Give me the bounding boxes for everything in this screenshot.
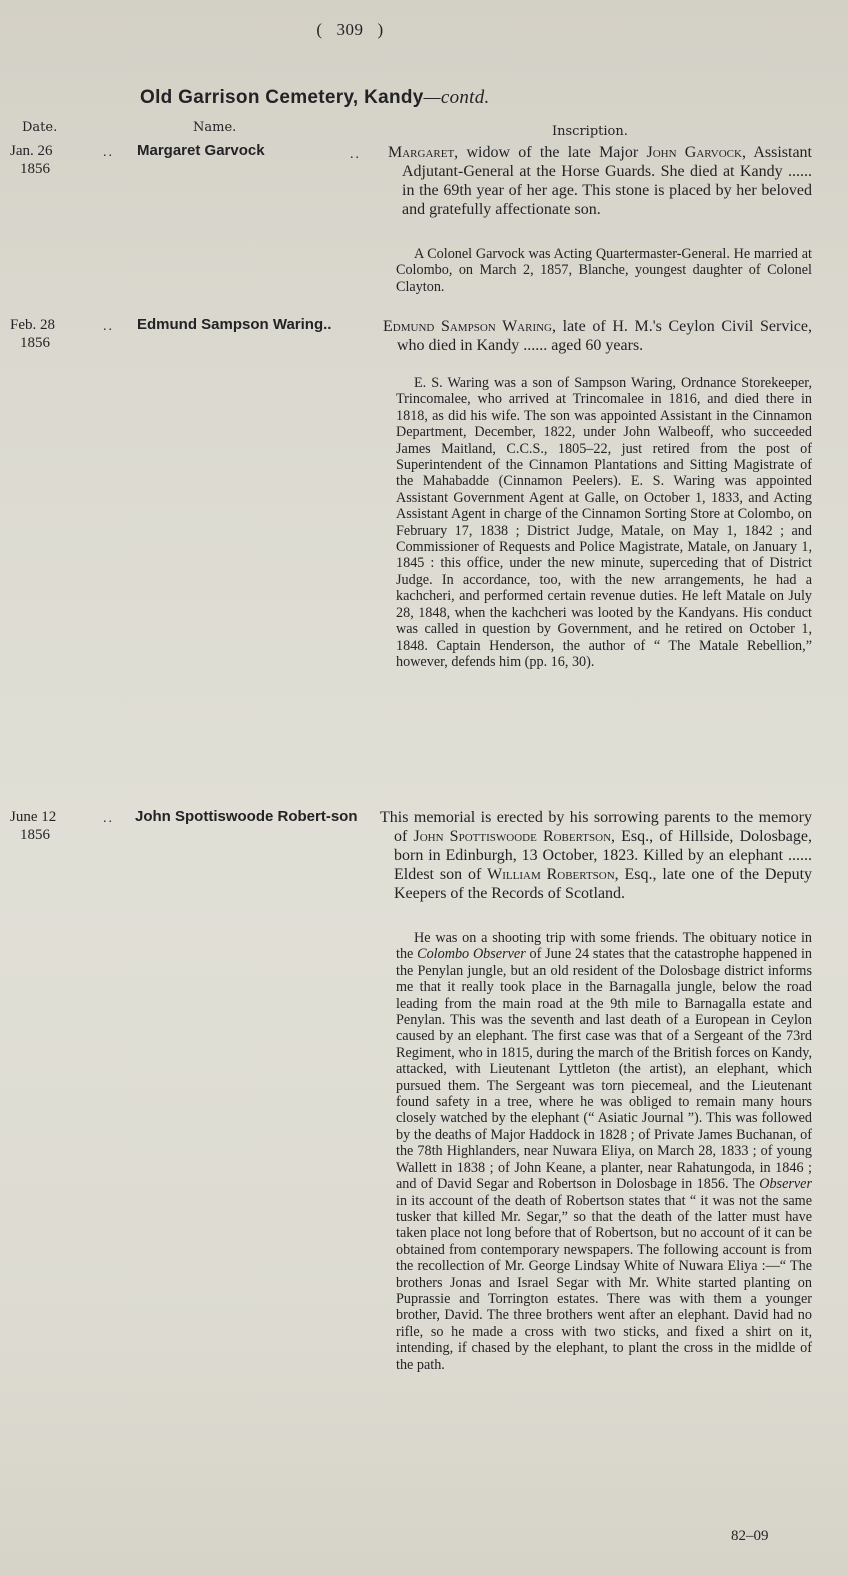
column-header-inscription: Inscription. bbox=[552, 124, 628, 139]
dot-leader: .. bbox=[103, 145, 114, 161]
signature-mark: 82–09 bbox=[731, 1528, 769, 1545]
entry-date: Feb. 281856 bbox=[10, 316, 55, 352]
column-header-date: Date. bbox=[22, 120, 57, 135]
entry-date: June 121856 bbox=[10, 808, 56, 844]
entry-name: John Spottiswoode Robert-son bbox=[135, 808, 360, 826]
column-header-name: Name. bbox=[193, 120, 236, 135]
dot-leader: .. bbox=[103, 319, 114, 335]
entry-name: Margaret Garvock bbox=[137, 142, 265, 160]
entry-note: E. S. Waring was a son of Sampson Waring… bbox=[396, 375, 812, 670]
entry-note: A Colonel Garvock was Acting Quartermast… bbox=[396, 246, 812, 295]
page-title: Old Garrison Cemetery, Kandy—contd. bbox=[140, 87, 490, 109]
page-number: (309) bbox=[0, 20, 700, 40]
entry-note: He was on a shooting trip with some frie… bbox=[396, 930, 812, 1373]
entry-inscription: Edmund Sampson Waring, late of H. M.'s C… bbox=[383, 317, 812, 355]
entry-inscription: This memorial is erected by his sorrowin… bbox=[380, 808, 812, 903]
entry-date: Jan. 261856 bbox=[10, 142, 53, 178]
dot-leader: .. bbox=[103, 811, 114, 827]
dot-leader: .. bbox=[350, 147, 361, 163]
entry-name: Edmund Sampson Waring.. bbox=[137, 316, 331, 334]
entry-inscription: Margaret, widow of the late Major John G… bbox=[388, 143, 812, 219]
